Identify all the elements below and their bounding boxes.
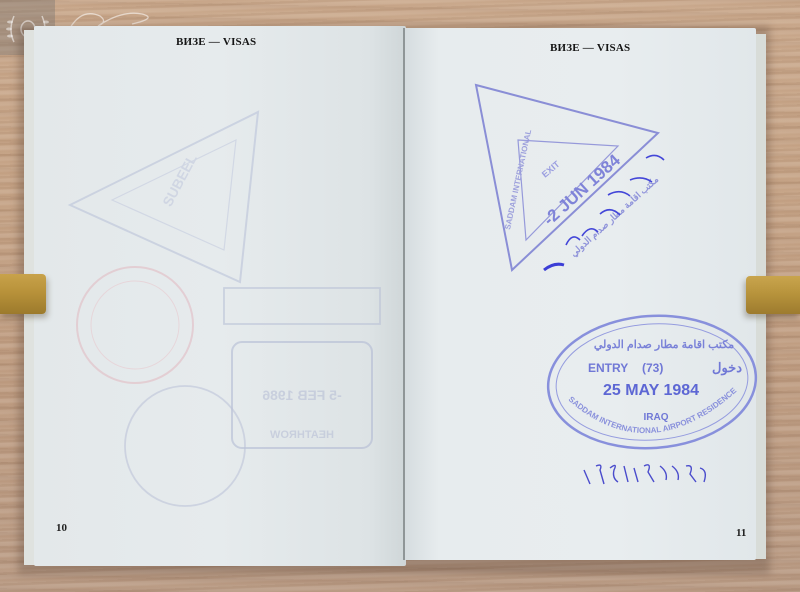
passport-spine [403,28,405,560]
left-page-number: 10 [56,522,67,534]
right-page-header: ВИЗЕ — VISAS [550,42,630,54]
passport-page-left [34,26,406,566]
passport-page-right [404,28,756,560]
gold-clip-right [746,276,800,314]
right-page-number: 11 [736,527,746,539]
gold-clip-left [0,274,46,314]
left-page-header: ВИЗЕ — VISAS [176,36,256,48]
